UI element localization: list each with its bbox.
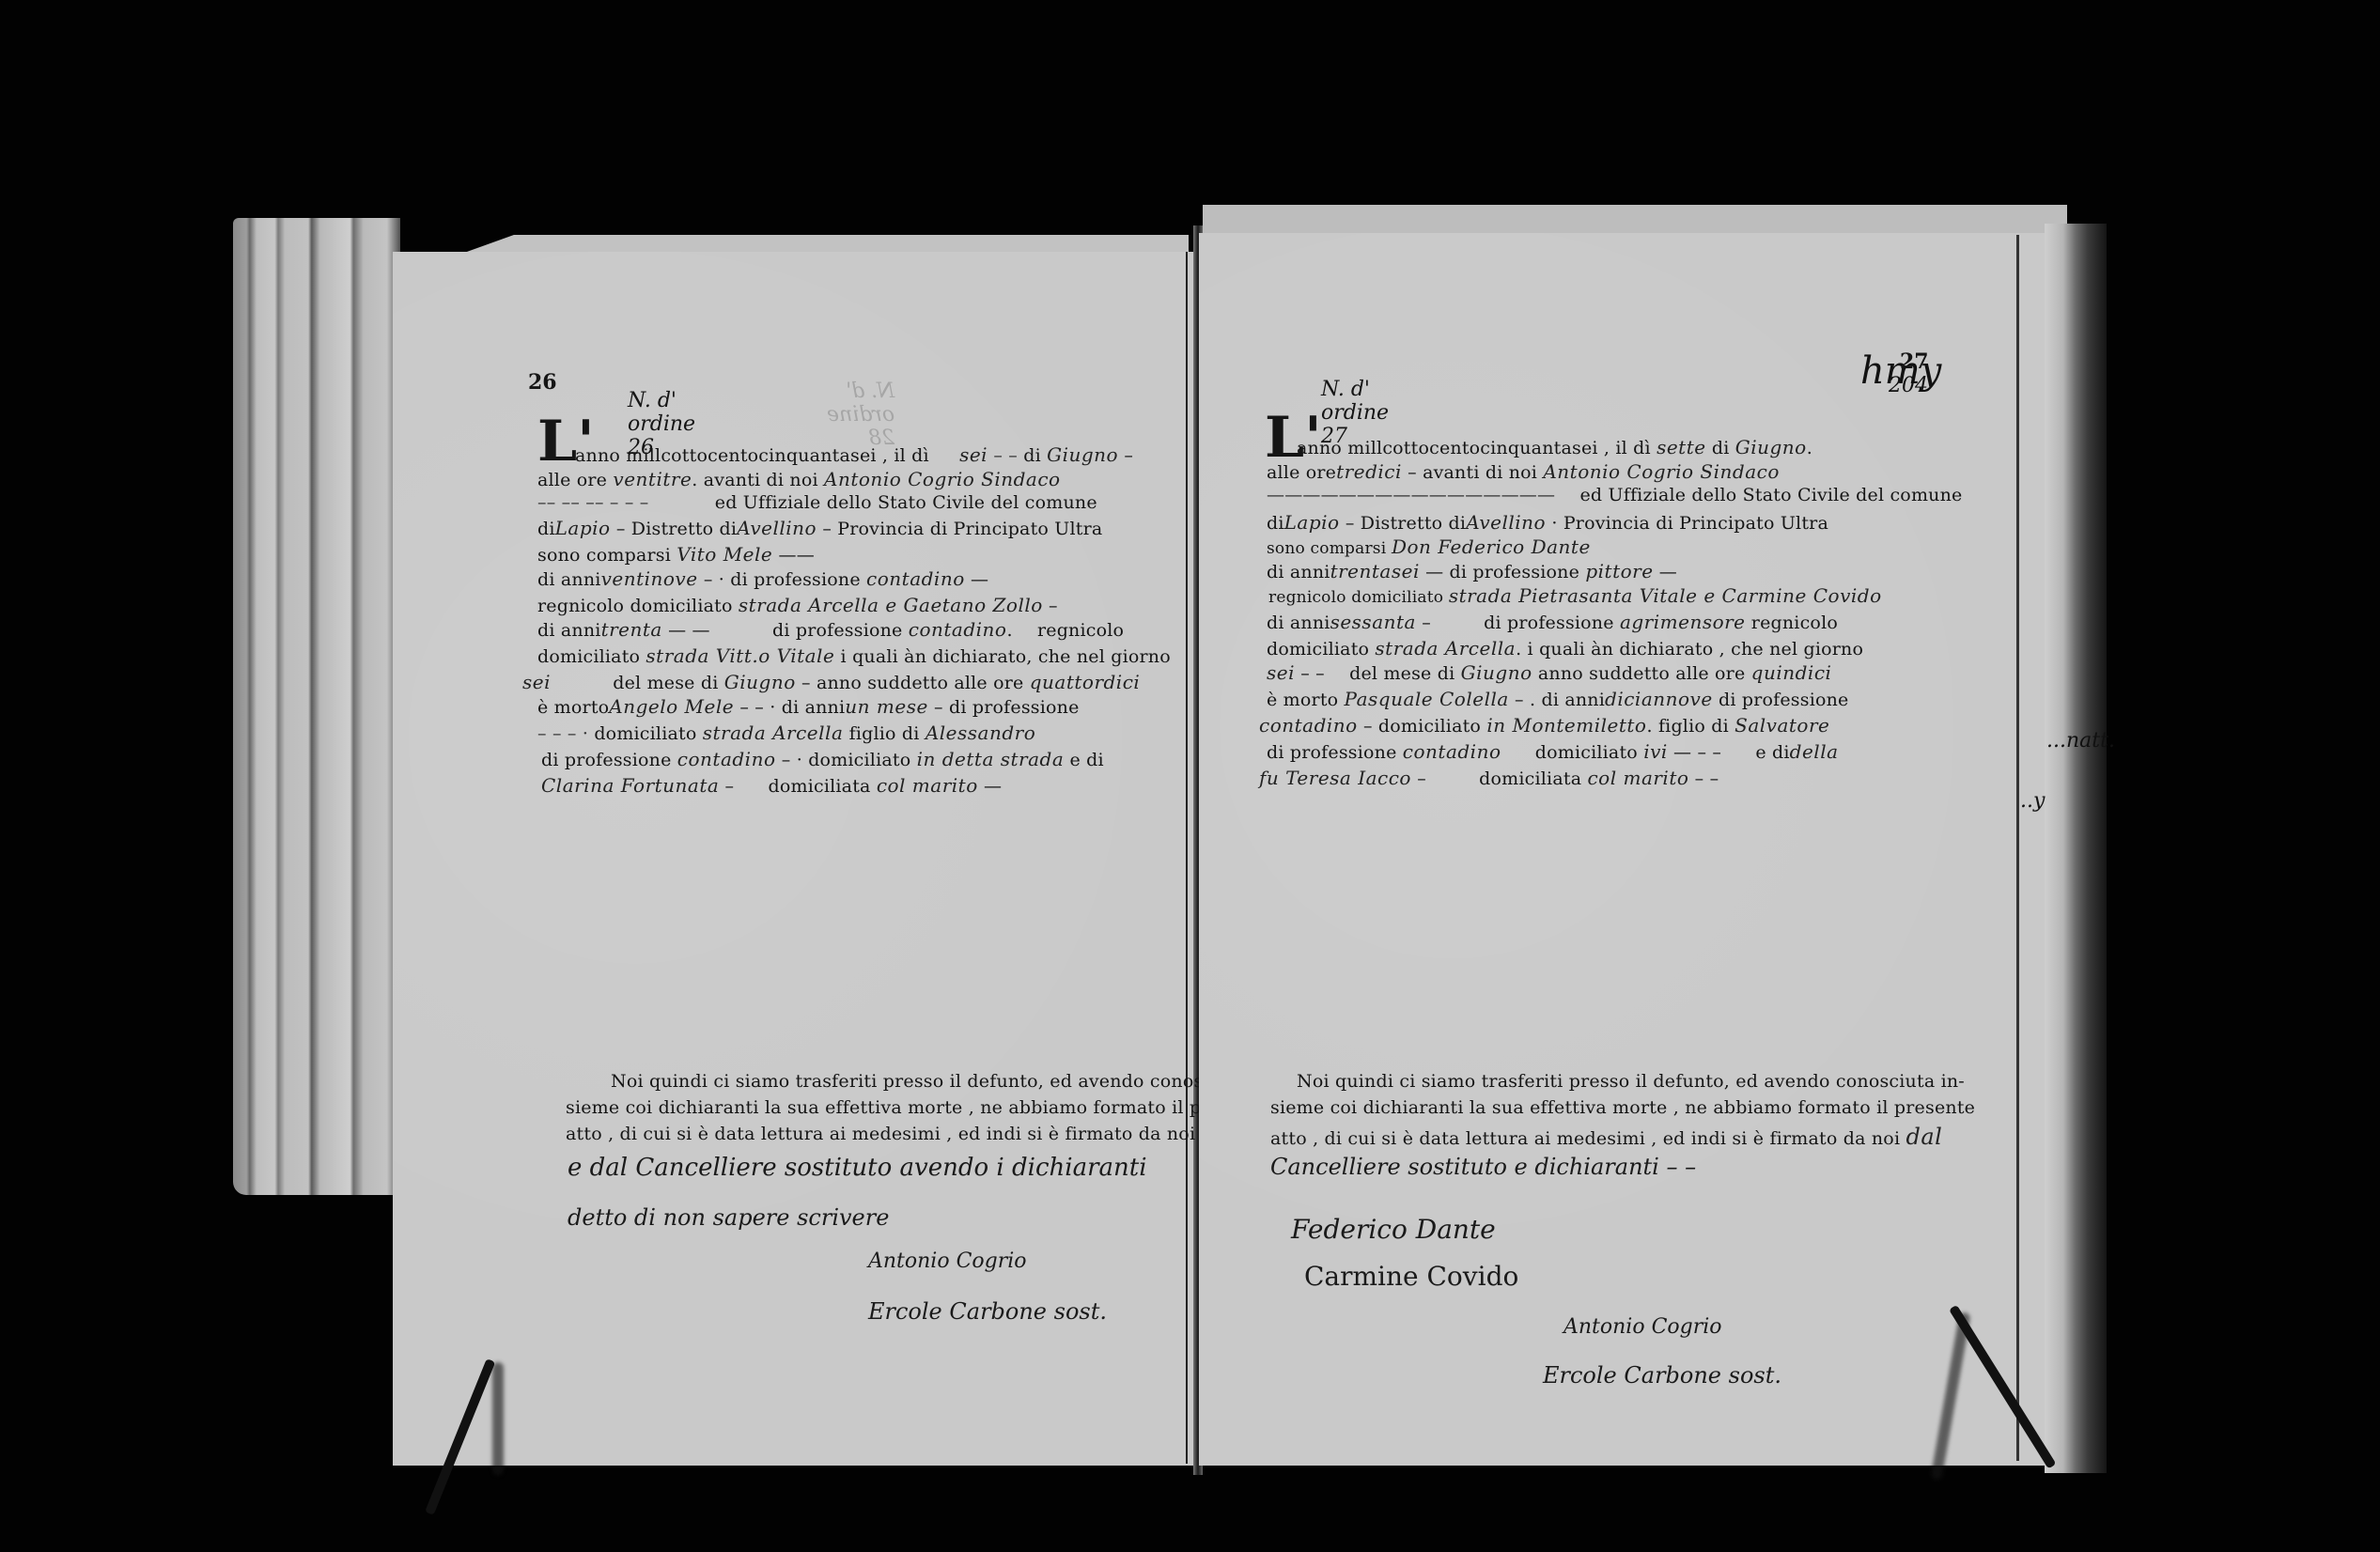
closing-line-2: sieme coi dichiaranti la sua effettiva m…	[1270, 1097, 1975, 1118]
closing-handwritten: Cancelliere sostituto e dichiaranti – –	[1270, 1154, 1696, 1180]
right-top-page-edge	[1203, 205, 2067, 235]
record-line-5: sono comparsi Don Federico Dante	[1267, 535, 1591, 558]
left-page-edges	[233, 218, 400, 1195]
right-page-rule	[2016, 235, 2019, 1461]
record-line-14: fu Teresa Iacco – domiciliata col marito…	[1259, 767, 1719, 789]
closing-line-1: Noi quindi ci siamo trasferiti presso il…	[611, 1071, 1279, 1092]
record-line-4: diLapio – Distretto diAvellino – Provinc…	[537, 517, 1102, 539]
signature-clerk: Ercole Carbone sost.	[1543, 1362, 1781, 1389]
closing-handwritten-2: detto di non sapere scrivere	[568, 1204, 889, 1231]
closing-line-1: Noi quindi ci siamo trasferiti presso il…	[1297, 1071, 1965, 1092]
left-page	[393, 252, 1199, 1466]
record-line-10: sei – – del mese di Giugno anno suddetto…	[1267, 661, 1831, 684]
folio-note: 204	[1889, 374, 1928, 397]
closing-line-2: sieme coi dichiaranti la sua effettiva m…	[566, 1097, 1270, 1118]
signature-clerk: Ercole Carbone sost.	[868, 1298, 1107, 1325]
outer-margin-note-1: ...natt.	[2046, 729, 2115, 753]
record-line-12: contadino – domiciliato in Montemiletto.…	[1259, 714, 1829, 737]
right-page-edges	[2045, 224, 2107, 1473]
closing-line-3: atto , di cui si è data lettura ai medes…	[566, 1124, 1195, 1144]
signature-declarant-2: Carmine Covido	[1304, 1261, 1518, 1292]
record-line-9: domiciliato strada Arcella. i quali àn d…	[1267, 637, 1863, 660]
record-line-7: regnicolo domiciliato strada Arcella e G…	[537, 594, 1058, 616]
record-line-2: alle oretredici – avanti di noi Antonio …	[1267, 460, 1780, 483]
record-line-5: sono comparsi Vito Mele ——	[537, 543, 815, 566]
signature-mayor: Antonio Cogrio	[868, 1249, 1027, 1273]
bookmark-ribbon-shadow	[492, 1362, 504, 1475]
record-line-1: anno millcottocentocinquantasei , il dì …	[1297, 436, 1812, 458]
record-line-8: di annitrenta — — di professione contadi…	[537, 618, 1124, 641]
record-line-14: Clarina Fortunata – domiciliata col mari…	[541, 774, 1002, 797]
signature-declarant-1: Federico Dante	[1291, 1214, 1496, 1245]
record-line-9: domiciliato strada Vitt.o Vitale i quali…	[537, 644, 1171, 667]
closing-line-3: atto , di cui si è data lettura ai medes…	[1270, 1124, 1942, 1150]
record-line-4: diLapio – Distretto diAvellino · Provinc…	[1267, 511, 1828, 534]
bleed-through-text: N. d' ordine 28	[827, 380, 894, 450]
record-line-11: è morto Pasquale Colella – . di annidici…	[1267, 688, 1849, 710]
record-line-3: ———————————————— ed Uffiziale dello Stat…	[1267, 485, 1962, 505]
closing-handwritten-1: e dal Cancelliere sostituto avendo i dic…	[568, 1154, 1147, 1182]
left-page-rule	[1186, 252, 1188, 1464]
record-line-8: di annisessanta – di professione agrimen…	[1267, 611, 1838, 633]
signature-mayor: Antonio Cogrio	[1563, 1315, 1722, 1339]
record-line-6: di anniventinove – · di professione cont…	[537, 567, 988, 590]
record-line-6: di annitrentasei — di professione pittor…	[1267, 560, 1677, 582]
record-line-3: –– –– –– – – – ed Uffiziale dello Stato …	[537, 492, 1097, 513]
record-line-13: di professione contadino domiciliato ivi…	[1267, 740, 1839, 763]
page-number: 27	[1900, 349, 1929, 374]
record-line-11: è mortoAngelo Mele – – · di anniun mese …	[537, 695, 1080, 718]
record-line-13: di professione contadino – · domiciliato…	[541, 748, 1104, 770]
record-line-12: – – – · domiciliato strada Arcella figli…	[537, 722, 1035, 744]
record-line-2: alle ore ventitre. avanti di noi Antonio…	[537, 468, 1061, 490]
record-line-10: sei del mese di Giugno – anno suddetto a…	[522, 671, 1140, 693]
record-line-1: anno millcottocentocinquantasei , il dì …	[575, 443, 1133, 466]
outer-margin-note-2: ..y	[2020, 789, 2045, 813]
page-number: 26	[528, 370, 557, 395]
record-line-7: regnicolo domiciliato strada Pietrasanta…	[1268, 584, 1882, 607]
